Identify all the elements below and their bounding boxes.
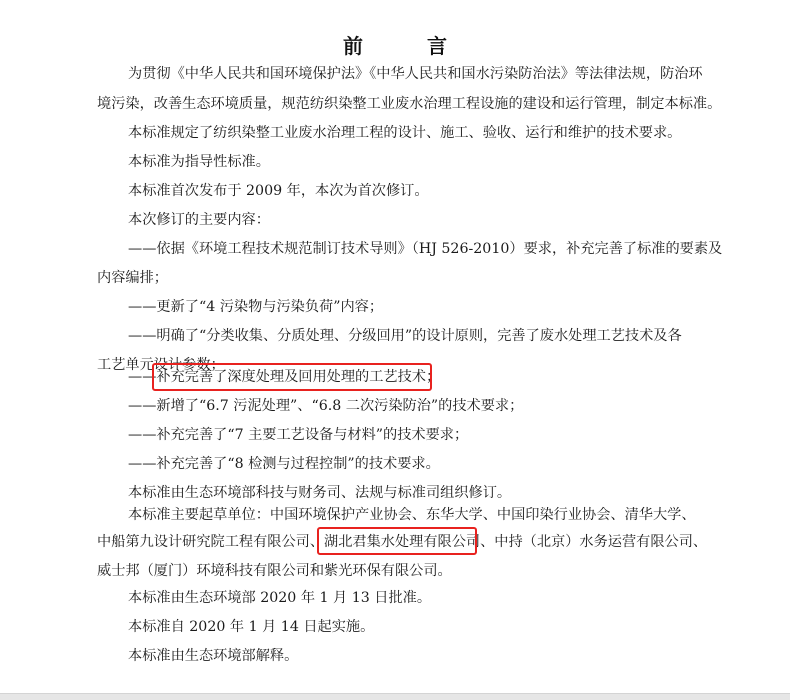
viewer-bottom-bar: [0, 693, 790, 700]
document-page: 前 言 为贯彻《中华人民共和国环境保护法》《中华人民共和国水污染防治法》等法律法…: [0, 0, 790, 693]
paragraph-line: 中船第九设计研究院工程有限公司、湖北君集水处理有限公司、中持（北京）水务运营有限…: [97, 532, 707, 552]
paragraph-line: ——补充完善了深度处理及回用处理的工艺技术；: [128, 367, 440, 387]
paragraph-line: ——依据《环境工程技术规范制订技术导则》（HJ 526-2010）要求，补充完善…: [128, 239, 722, 259]
paragraph-line: 威士邦（厦门）环境科技有限公司和紫光环保有限公司。: [97, 561, 452, 581]
paragraph-line: ——更新了“4 污染物与污染负荷”内容；: [128, 297, 383, 317]
paragraph-line: 本标准主要起草单位：中国环境保护产业协会、东华大学、中国印染行业协会、清华大学、: [128, 505, 696, 525]
paragraph-line: ——明确了“分类收集、分质处理、分级回用”的设计原则，完善了废水处理工艺技术及各: [128, 326, 682, 346]
paragraph-line: 本标准由生态环境部科技与财务司、法规与标准司组织修订。: [128, 483, 511, 503]
paragraph-line: 本标准为指导性标准。: [128, 152, 270, 172]
paragraph-line: 本标准规定了纺织染整工业废水治理工程的设计、施工、验收、运行和维护的技术要求。: [128, 123, 681, 143]
paragraph-line: 本标准由生态环境部解释。: [128, 646, 298, 666]
page-title: 前 言: [0, 30, 790, 59]
paragraph-line: 本标准由生态环境部 2020 年 1 月 13 日批准。: [128, 588, 431, 608]
paragraph-line: ——新增了“6.7 污泥处理”、“6.8 二次污染防治”的技术要求；: [128, 396, 523, 416]
paragraph-line: 本标准自 2020 年 1 月 14 日起实施。: [128, 617, 374, 637]
paragraph-line: 境污染，改善生态环境质量，规范纺织染整工业废水治理工程设施的建设和运行管理，制定…: [97, 94, 721, 114]
paragraph-line: ——补充完善了“8 检测与过程控制”的技术要求。: [128, 454, 440, 474]
paragraph-line: 内容编排；: [97, 268, 168, 288]
paragraph-line: 为贯彻《中华人民共和国环境保护法》《中华人民共和国水污染防治法》等法律法规，防治…: [128, 64, 703, 84]
paragraph-line: 本次修订的主要内容：: [128, 210, 270, 230]
paragraph-line: 本标准首次发布于 2009 年，本次为首次修订。: [128, 181, 429, 201]
paragraph-line: ——补充完善了“7 主要工艺设备与材料”的技术要求；: [128, 425, 468, 445]
